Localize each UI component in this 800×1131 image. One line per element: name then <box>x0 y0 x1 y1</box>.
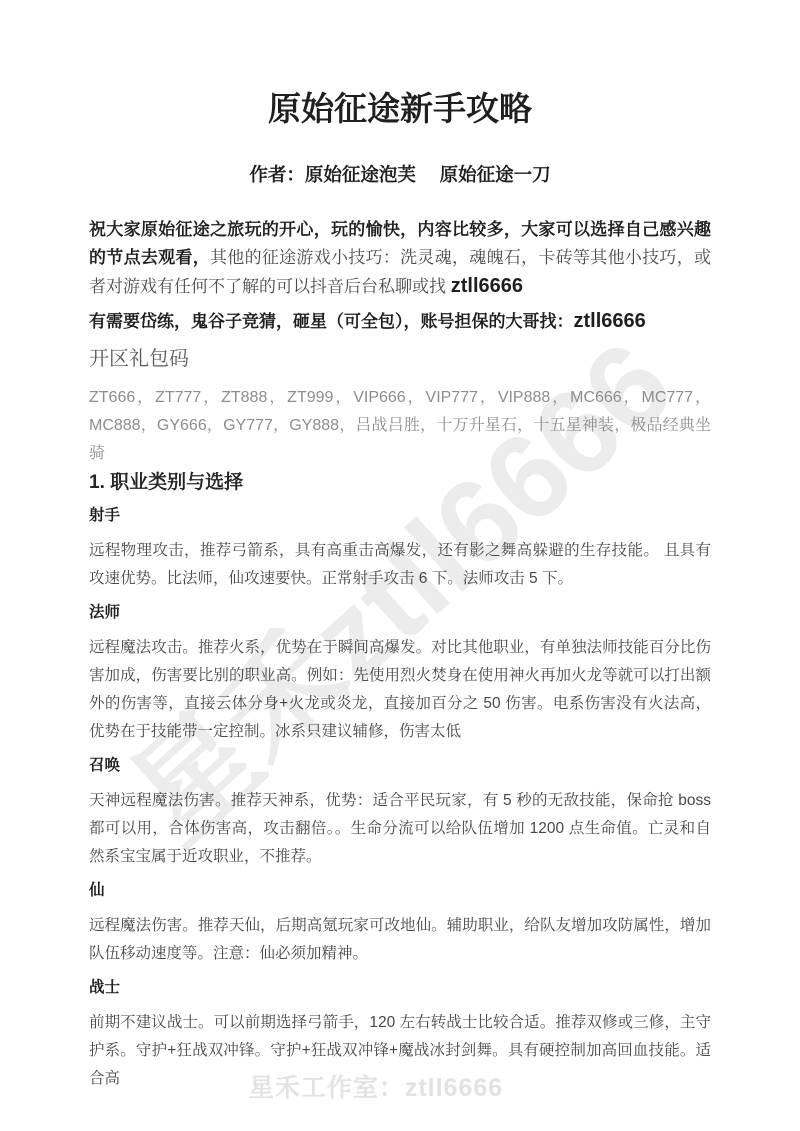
class-block-summoner: 召唤 天神远程魔法伤害。推荐天神系，优势：适合平民玩家，有 5 秒的无敌技能，保… <box>89 756 711 871</box>
contact-code: ztll6666 <box>574 310 646 332</box>
class-description: 前期不建议战士。可以前期选择弓箭手，120 左右转战士比较合适。推荐双修或三修，… <box>89 1009 711 1093</box>
section-heading-classes: 1. 职业类别与选择 <box>89 470 711 496</box>
class-name-heading: 战士 <box>89 978 711 998</box>
contact-text: 有需要岱练，鬼谷子竞猜，砸星（可全包），账号担保的大哥找： <box>89 312 574 331</box>
class-block-mage: 法师 远程魔法攻击。推荐火系，优势在于瞬间高爆发。对比其他职业，有单独法师技能百… <box>89 603 711 746</box>
contact-paragraph: 有需要岱练，鬼谷子竞猜，砸星（可全包），账号担保的大哥找：ztll6666 <box>89 309 711 334</box>
page-title: 原始征途新手攻略 <box>89 90 711 128</box>
gift-codes-heading: 开区礼包码 <box>89 346 711 372</box>
class-description: 远程魔法伤害。推荐天仙，后期高氪玩家可改地仙。辅助职业，给队友增加攻防属性，增加… <box>89 912 711 968</box>
document-content: 原始征途新手攻略 作者：原始征途泡芙 原始征途一刀 祝大家原始征途之旅玩的开心，… <box>0 0 800 1093</box>
gift-codes-list: ZT666，ZT777，ZT888，ZT999，VIP666，VIP777，VI… <box>89 384 711 468</box>
class-name-heading: 召唤 <box>89 756 711 776</box>
class-name-heading: 仙 <box>89 881 711 901</box>
class-description: 远程物理攻击，推荐弓箭系，具有高重击高爆发，还有影之舞高躲避的生存技能。 且具有… <box>89 537 711 593</box>
document-page: 星禾ztll6666 星禾工作室：ztll6666 原始征途新手攻略 作者：原始… <box>0 0 800 1131</box>
class-description: 远程魔法攻击。推荐火系，优势在于瞬间高爆发。对比其他职业，有单独法师技能百分比伤… <box>89 634 711 746</box>
class-name-heading: 法师 <box>89 603 711 623</box>
class-description: 天神远程魔法伤害。推荐天神系，优势：适合平民玩家，有 5 秒的无敌技能，保命抢 … <box>89 787 711 871</box>
class-name-heading: 射手 <box>89 506 711 526</box>
intro-contact-code: ztll6666 <box>451 275 523 297</box>
class-block-archer: 射手 远程物理攻击，推荐弓箭系，具有高重击高爆发，还有影之舞高躲避的生存技能。 … <box>89 506 711 593</box>
class-block-warrior: 战士 前期不建议战士。可以前期选择弓箭手，120 左右转战士比较合适。推荐双修或… <box>89 978 711 1093</box>
class-block-immortal: 仙 远程魔法伤害。推荐天仙，后期高氪玩家可改地仙。辅助职业，给队友增加攻防属性，… <box>89 881 711 968</box>
intro-paragraph: 祝大家原始征途之旅玩的开心，玩的愉快，内容比较多，大家可以选择自己感兴趣的节点去… <box>89 216 711 301</box>
author-line: 作者：原始征途泡芙 原始征途一刀 <box>89 164 711 186</box>
